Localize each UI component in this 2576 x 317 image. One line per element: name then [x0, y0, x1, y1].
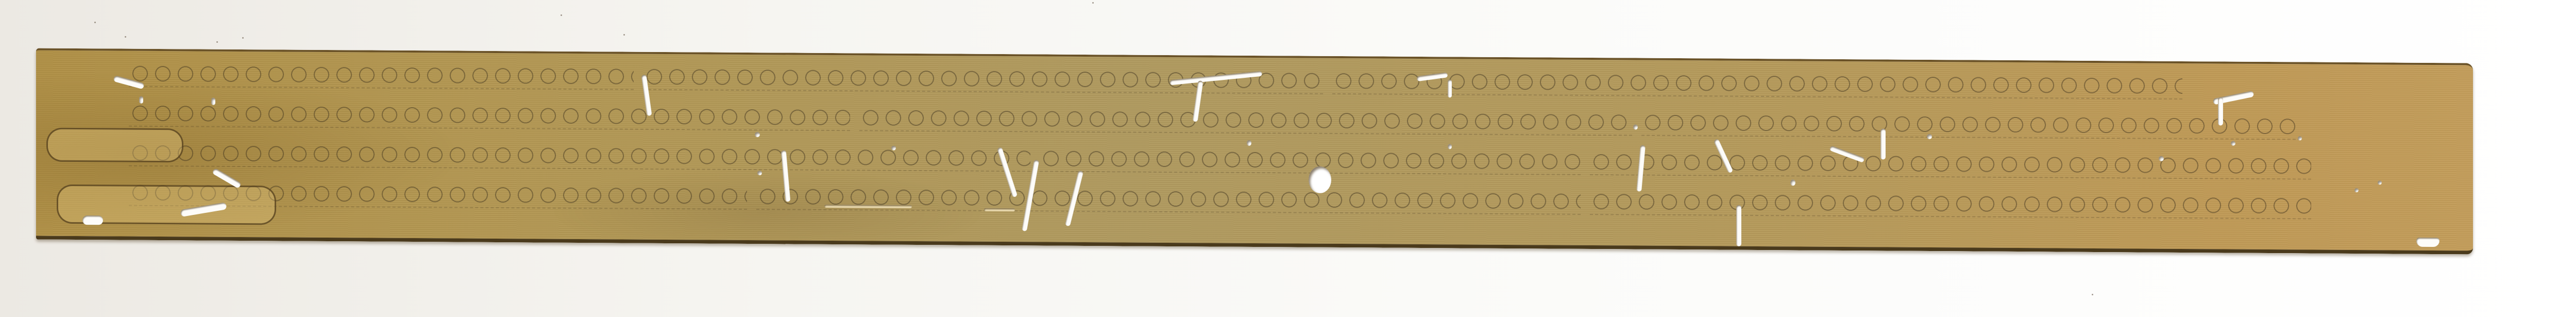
pinhole	[2354, 188, 2359, 192]
surface-damage	[46, 128, 183, 163]
pinhole	[1247, 140, 1251, 146]
background-speck	[561, 14, 562, 16]
background-speck	[242, 37, 244, 39]
glyph-run	[129, 100, 850, 131]
worm-track	[2218, 97, 2223, 125]
palm-leaf: [Odia script — illegible at this resolut…	[36, 48, 2473, 255]
pinhole	[1448, 144, 1452, 149]
glyph-run	[1332, 68, 2182, 99]
worm-track	[1736, 205, 1741, 246]
pinhole	[1790, 179, 1795, 186]
string-hole	[1309, 166, 1331, 193]
worm-hole	[82, 215, 103, 225]
glyph-run	[1040, 145, 1581, 175]
worm-channel	[984, 208, 1015, 211]
background-speck	[1092, 2, 1094, 4]
glyph-run	[129, 140, 1030, 172]
glyph-run	[1641, 109, 2301, 140]
worm-track	[1880, 128, 1886, 159]
pinhole	[139, 96, 143, 104]
pinhole	[2159, 156, 2164, 161]
pinhole	[891, 146, 896, 151]
background-speck	[216, 41, 218, 43]
pinhole	[2231, 141, 2235, 146]
background-speck	[623, 34, 625, 36]
pinhole	[2378, 180, 2382, 185]
pinhole	[211, 98, 215, 105]
pinhole	[755, 132, 760, 137]
glyph-run	[756, 183, 1581, 215]
background-speck	[125, 36, 126, 38]
background-speck	[94, 22, 96, 23]
pinhole	[757, 171, 762, 175]
pinhole	[1633, 124, 1638, 129]
glyph-run	[859, 104, 1632, 136]
worm-channel	[824, 205, 912, 208]
glyph-run	[129, 60, 634, 90]
worm-track	[2416, 238, 2439, 247]
glyph-run	[1590, 148, 2311, 180]
glyph-run	[1590, 188, 2311, 220]
pinhole	[1927, 134, 1932, 139]
background-speck	[2092, 294, 2093, 295]
pinhole	[2298, 136, 2302, 140]
worm-track	[1448, 79, 1452, 97]
